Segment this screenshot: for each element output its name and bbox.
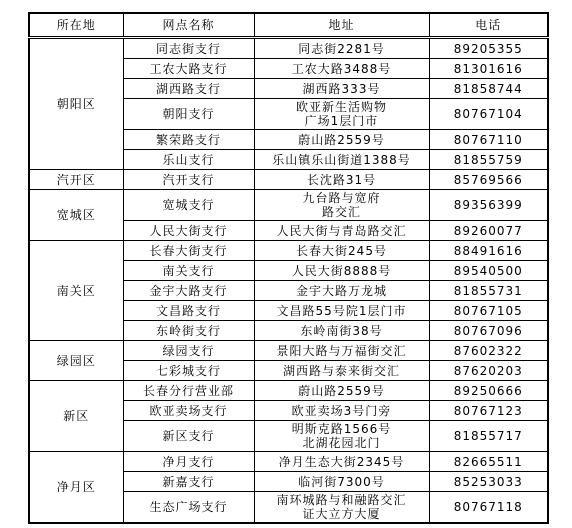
branch-phone-cell: 87602322 [429,341,548,361]
branch-name-cell: 朝阳支行 [123,99,254,130]
branch-address-cell: 同志街2281号 [254,38,429,59]
branch-address-cell: 文昌路55号院1层门市 [254,301,429,321]
branch-phone-cell: 85253033 [429,472,548,492]
branch-name-cell: 东岭街支行 [123,321,254,341]
branch-name-cell: 长春大街支行 [123,241,254,261]
branch-address-cell: 蔚山路2559号 [254,130,429,150]
header-phone: 电话 [429,13,548,38]
branch-address-cell: 南环城路与和融路交汇 证大立方大厦 [254,492,429,524]
branch-name-cell: 工农大路支行 [123,59,254,79]
branch-name-cell: 净月支行 [123,452,254,472]
branch-phone-cell: 85769566 [429,170,548,190]
header-branch-name: 网点名称 [123,13,254,38]
branch-phone-cell: 89260077 [429,221,548,241]
branch-phone-cell: 80767118 [429,492,548,524]
branch-address-cell: 景阳大路与万福街交汇 [254,341,429,361]
header-location: 所在地 [29,13,123,38]
table-row: 汽开区汽开支行长沈路31号85769566 [29,170,548,190]
table-body: 朝阳区同志街支行同志街2281号89205355工农大路支行工农大路3488号8… [29,38,548,524]
branch-address-cell: 临河街7300号 [254,472,429,492]
region-cell: 南关区 [29,241,123,341]
branch-address-cell: 工农大路3488号 [254,59,429,79]
bank-branch-table: 所在地 网点名称 地址 电话 朝阳区同志街支行同志街2281号89205355工… [28,12,549,524]
region-cell: 绿园区 [29,341,123,381]
table-header: 所在地 网点名称 地址 电话 [29,13,548,38]
branch-name-cell: 新区支行 [123,421,254,452]
branch-name-cell: 金宇大路支行 [123,281,254,301]
branch-phone-cell: 80767110 [429,130,548,150]
page: 所在地 网点名称 地址 电话 朝阳区同志街支行同志街2281号89205355工… [0,0,572,528]
region-cell: 汽开区 [29,170,123,190]
table-row: 新区长春分行营业部蔚山路2559号89250666 [29,381,548,401]
table-row: 南关区长春大街支行长春大街245号88491616 [29,241,548,261]
branch-address-cell: 明斯克路1566号 北湖花园北门 [254,421,429,452]
region-cell: 朝阳区 [29,38,123,170]
region-cell: 宽城区 [29,190,123,241]
branch-name-cell: 人民大街支行 [123,221,254,241]
header-row: 所在地 网点名称 地址 电话 [29,13,548,38]
branch-phone-cell: 80767123 [429,401,548,421]
branch-phone-cell: 80767105 [429,301,548,321]
region-cell: 新区 [29,381,123,452]
branch-address-cell: 乐山镇乐山街道1388号 [254,150,429,170]
branch-name-cell: 宽城支行 [123,190,254,221]
branch-address-cell: 净月生态大街2345号 [254,452,429,472]
branch-phone-cell: 80767104 [429,99,548,130]
branch-phone-cell: 81301616 [429,59,548,79]
table-row: 绿园区绿园支行景阳大路与万福街交汇87602322 [29,341,548,361]
branch-phone-cell: 80767096 [429,321,548,341]
branch-name-cell: 汽开支行 [123,170,254,190]
branch-address-cell: 长春大街245号 [254,241,429,261]
branch-name-cell: 南关支行 [123,261,254,281]
branch-phone-cell: 81855731 [429,281,548,301]
branch-address-cell: 欧亚卖场3号门旁 [254,401,429,421]
branch-name-cell: 湖西路支行 [123,79,254,99]
branch-phone-cell: 81858744 [429,79,548,99]
branch-address-cell: 人民大街与青岛路交汇 [254,221,429,241]
branch-phone-cell: 89250666 [429,381,548,401]
branch-name-cell: 欧亚卖场支行 [123,401,254,421]
branch-address-cell: 蔚山路2559号 [254,381,429,401]
branch-address-cell: 湖西路333号 [254,79,429,99]
region-cell: 净月区 [29,452,123,524]
branch-name-cell: 生态广场支行 [123,492,254,524]
header-address: 地址 [254,13,429,38]
branch-name-cell: 七彩城支行 [123,361,254,381]
table-row: 净月区净月支行净月生态大街2345号82665511 [29,452,548,472]
branch-address-cell: 东岭南街38号 [254,321,429,341]
branch-phone-cell: 81855717 [429,421,548,452]
branch-address-cell: 金宇大路万龙城 [254,281,429,301]
branch-address-cell: 长沈路31号 [254,170,429,190]
branch-phone-cell: 81855759 [429,150,548,170]
branch-phone-cell: 82665511 [429,452,548,472]
branch-phone-cell: 89205355 [429,38,548,59]
branch-address-cell: 欧亚新生活购物 广场1层门市 [254,99,429,130]
table-row: 朝阳区同志街支行同志街2281号89205355 [29,38,548,59]
branch-address-cell: 人民大街8888号 [254,261,429,281]
branch-phone-cell: 89356399 [429,190,548,221]
branch-address-cell: 九台路与宽府 路交汇 [254,190,429,221]
branch-phone-cell: 88491616 [429,241,548,261]
branch-name-cell: 繁荣路支行 [123,130,254,150]
branch-name-cell: 文昌路支行 [123,301,254,321]
branch-phone-cell: 87620203 [429,361,548,381]
branch-name-cell: 同志街支行 [123,38,254,59]
table-row: 宽城区宽城支行九台路与宽府 路交汇89356399 [29,190,548,221]
branch-name-cell: 乐山支行 [123,150,254,170]
branch-phone-cell: 89540500 [429,261,548,281]
branch-address-cell: 湖西路与泰来街交汇 [254,361,429,381]
branch-name-cell: 长春分行营业部 [123,381,254,401]
branch-name-cell: 新嘉支行 [123,472,254,492]
branch-name-cell: 绿园支行 [123,341,254,361]
